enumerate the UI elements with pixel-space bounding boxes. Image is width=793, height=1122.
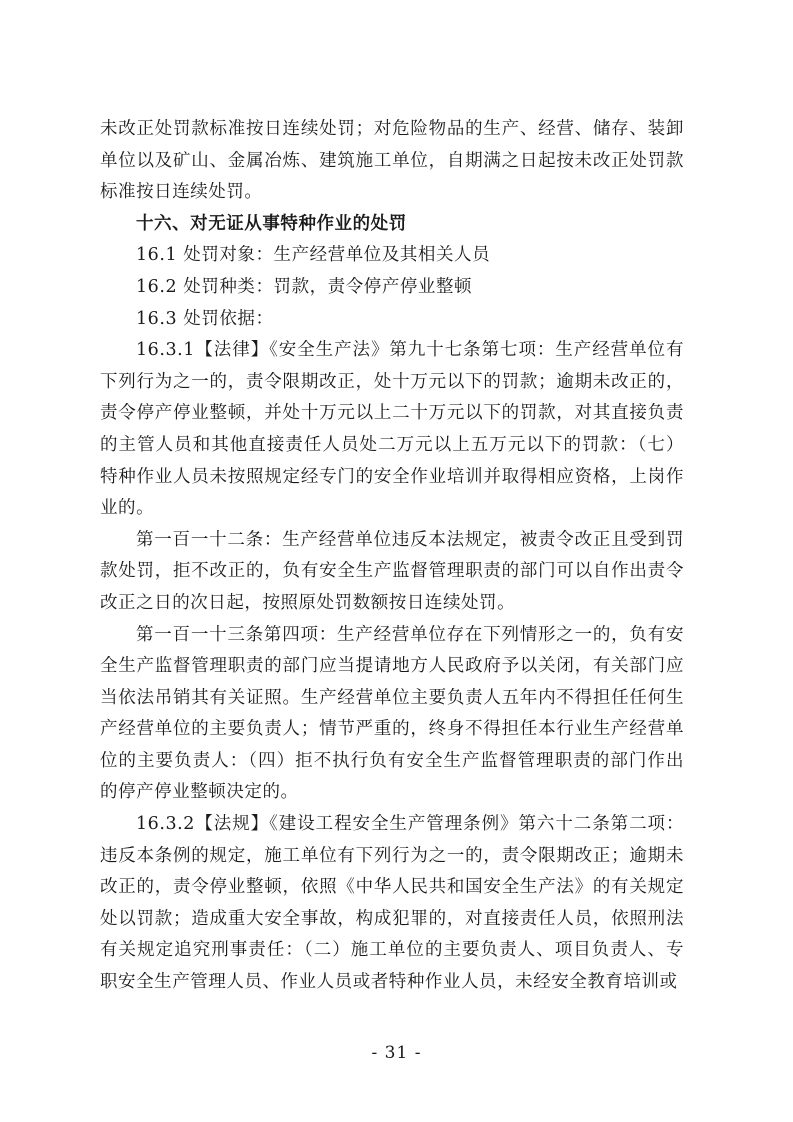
item-law-article-112: 第一百一十二条：生产经营单位违反本法规定，被责令改正且受到罚款处罚，拒不改正的，… xyxy=(100,525,684,620)
item-law-article-113: 第一百一十三条第四项：生产经营单位存在下列情形之一的，负有安全生产监督管理职责的… xyxy=(100,620,684,810)
paragraph-continuation: 未改正处罚款标准按日连续处罚；对危险物品的生产、经营、储存、装卸单位以及矿山、金… xyxy=(100,114,684,209)
item-penalty-basis: 16.3 处罚依据： xyxy=(100,304,684,336)
section-heading: 十六、对无证从事特种作业的处罚 xyxy=(100,209,684,241)
item-penalty-target: 16.1 处罚对象：生产经营单位及其相关人员 xyxy=(100,240,684,272)
item-law-article-97: 16.3.1【法律】《安全生产法》第九十七条第七项：生产经营单位有下列行为之一的… xyxy=(100,335,684,525)
document-page: 未改正处罚款标准按日连续处罚；对危险物品的生产、经营、储存、装卸单位以及矿山、金… xyxy=(0,0,793,1122)
page-number: - 31 - xyxy=(0,1043,793,1063)
item-regulation-article-62: 16.3.2【法规】《建设工程安全生产管理条例》第六十二条第二项：违反本条例的规… xyxy=(100,809,684,999)
item-penalty-type: 16.2 处罚种类：罚款，责令停产停业整顿 xyxy=(100,272,684,304)
page-body: 未改正处罚款标准按日连续处罚；对危险物品的生产、经营、储存、装卸单位以及矿山、金… xyxy=(100,114,684,999)
